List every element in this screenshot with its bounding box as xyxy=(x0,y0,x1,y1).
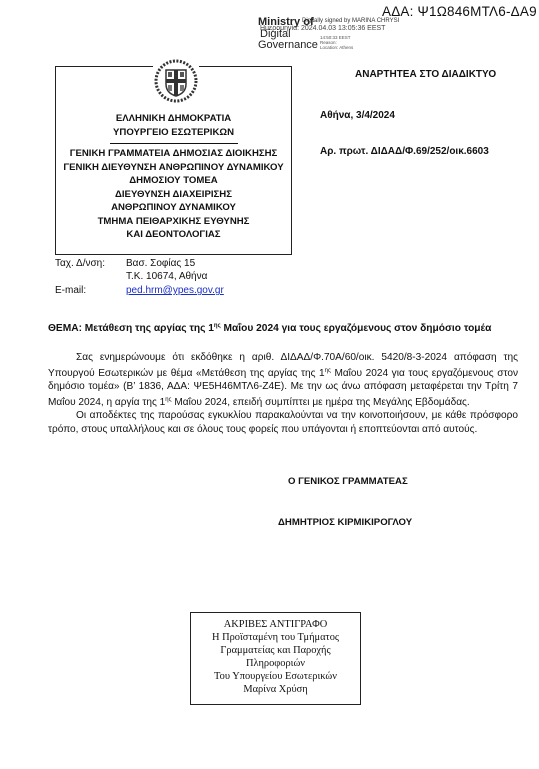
country-name: ΕΛΛΗΝΙΚΗ ΔΗΜΟΚΡΑΤΙΑ xyxy=(55,112,292,126)
subject-suffix: Μαΐου 2024 για τους εργαζόμενους στον δη… xyxy=(221,323,492,334)
body-paragraph-2: Οι αποδέκτες της παρούσας εγκυκλίου παρα… xyxy=(48,409,518,436)
signer-name: ΔΗΜΗΤΡΙΟΣ ΚΙΡΜΙΚΙΡΟΓΛΟΥ xyxy=(278,517,412,528)
certified-copy-signer: Μαρίνα Χρύση xyxy=(191,683,360,696)
general-directorate-cont: ΔΗΜΟΣΙΟΥ ΤΟΜΕΑ xyxy=(55,174,292,188)
signature-signed-by: Digitally signed by MARINA CHRYSI xyxy=(302,18,399,24)
email-label: E-mail: xyxy=(55,285,86,296)
protocol-number: Αρ. πρωτ. ΔΙΔΑΔ/Φ.69/252/οικ.6603 xyxy=(320,146,489,157)
directorate: ΔΙΕΥΘΥΝΣΗ ΔΙΑΧΕΙΡΙΣΗΣ xyxy=(55,188,292,202)
address-label: Ταχ. Δ/νση: xyxy=(55,258,105,269)
certified-copy-line: Γραμματείας και Παροχής xyxy=(191,644,360,657)
subject-prefix: ΘΕΜΑ: Μετάθεση της αργίας της 1 xyxy=(48,323,214,334)
directorate-cont: ΑΝΘΡΩΠΙΝΟΥ ΔΥΝΑΜΙΚΟΥ xyxy=(55,201,292,215)
signature-org-line3: Governance xyxy=(258,39,318,51)
p1-part-c: Μαΐου 2024, επειδή συμπίπτει με ημέρα τη… xyxy=(172,397,470,408)
certified-copy-box: ΑΚΡΙΒΕΣ ΑΝΤΙΓΡΑΦΟ Η Προϊσταμένη του Τμήμ… xyxy=(190,612,361,705)
signer-title: Ο ΓΕΝΙΚΟΣ ΓΡΑΜΜΑΤΕΑΣ xyxy=(288,476,408,487)
ministry-name: ΥΠΟΥΡΓΕΙΟ ΕΣΩΤΕΡΙΚΩΝ xyxy=(55,126,292,140)
body-paragraph-1: Σας ενημερώνουμε ότι εκδόθηκε η αριθ. ΔΙ… xyxy=(48,351,518,409)
subject-line: ΘΕΜΑ: Μετάθεση της αργίας της 1ης Μαΐου … xyxy=(48,323,491,334)
greek-coat-of-arms-icon xyxy=(153,58,199,104)
body-text: Σας ενημερώνουμε ότι εκδόθηκε η αριθ. ΔΙ… xyxy=(48,351,518,436)
posting-notice: ΑΝΑΡΤΗΤΕΑ ΣΤΟ ΔΙΑΔΙΚΤΥΟ xyxy=(355,69,496,80)
digital-signature-stamp: Ministry of Digitally signed by MARINA C… xyxy=(256,16,406,52)
general-directorate: ΓΕΝΙΚΗ ΔΙΕΥΘΥΝΣΗ ΑΝΘΡΩΠΙΝΟΥ ΔΥΝΑΜΙΚΟΥ xyxy=(55,161,292,175)
certified-copy-line: Πληροφοριών xyxy=(191,657,360,670)
signature-details: 14:50:33 EEST Reason: Location: Athens xyxy=(320,35,353,50)
header-box-text: ΕΛΛΗΝΙΚΗ ΔΗΜΟΚΡΑΤΙΑ ΥΠΟΥΡΓΕΙΟ ΕΣΩΤΕΡΙΚΩΝ… xyxy=(55,112,292,242)
department-cont: ΚΑΙ ΔΕΟΝΤΟΛΟΓΙΑΣ xyxy=(55,228,292,242)
address-line1: Βασ. Σοφίας 15 xyxy=(126,258,195,269)
certified-copy-line: Του Υπουργείου Εσωτερικών xyxy=(191,670,360,683)
address-line2: Τ.Κ. 10674, Αθήνα xyxy=(126,271,207,282)
general-secretariat: ΓΕΝΙΚΗ ΓΡΑΜΜΑΤΕΙΑ ΔΗΜΟΣΙΑΣ ΔΙΟΙΚΗΣΗΣ xyxy=(55,147,292,161)
certified-copy-line: Η Προϊσταμένη του Τμήματος xyxy=(191,631,360,644)
department: ΤΜΗΜΑ ΠΕΙΘΑΡΧΙΚΗΣ ΕΥΘΥΝΗΣ xyxy=(55,215,292,229)
subject-superscript: ης xyxy=(214,323,221,329)
signature-detail-location: Location: Athens xyxy=(320,45,353,50)
place-date: Αθήνα, 3/4/2024 xyxy=(320,110,395,121)
header-divider xyxy=(110,139,238,144)
certified-copy-heading: ΑΚΡΙΒΕΣ ΑΝΤΙΓΡΑΦΟ xyxy=(191,618,360,631)
email-link[interactable]: ped.hrm@ypes.gov.gr xyxy=(126,285,224,296)
